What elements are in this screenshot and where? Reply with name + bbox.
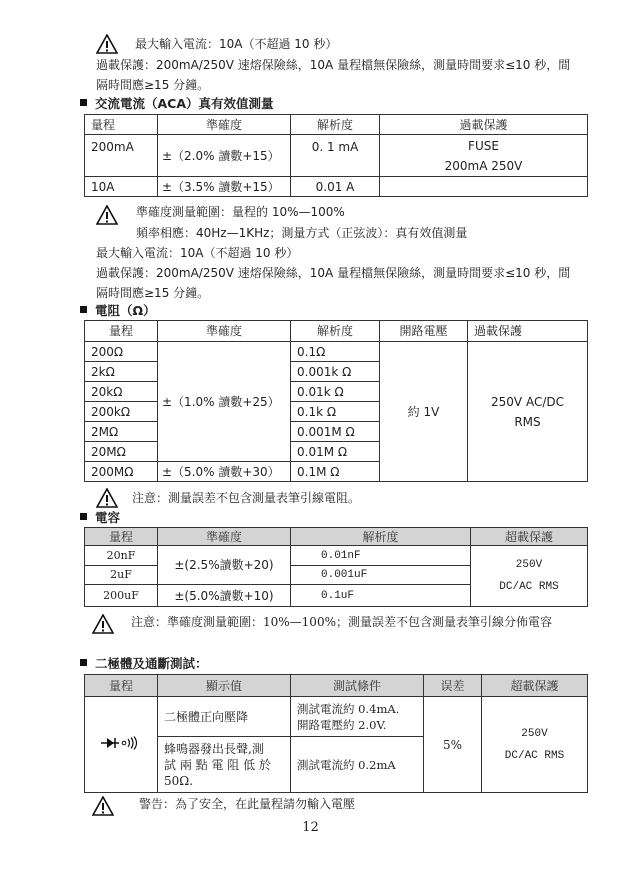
- accuracy-cell: ±（5.0% 讀數+30）: [158, 462, 291, 482]
- range-cell: 20nF: [85, 546, 158, 566]
- header-protection: 過載保護: [468, 321, 588, 342]
- resistance-note: 注意：測量誤差不包含測量表筆引線電阻。: [132, 490, 360, 506]
- resolution-cell: 0.001uF: [291, 566, 471, 585]
- protection-cell: 250V AC/DCRMS: [468, 342, 588, 482]
- protection-cell: FUSE200mA 250V: [380, 135, 588, 177]
- section-title-text: 電容: [95, 510, 120, 525]
- resolution-cell: 0.1M Ω: [291, 462, 380, 482]
- range-cell: 200MΩ: [85, 462, 158, 482]
- warning-icon: [92, 614, 114, 634]
- display-cell: 蜂鳴器發出長聲,測試 兩 點 電 阻 低 於50Ω.: [158, 737, 291, 793]
- warning-icon: [96, 34, 118, 54]
- table-row: 10A ±（3.5% 讀數+15） 0.01 A: [85, 177, 588, 197]
- aca-overload-note-line2: 隔時間應≥15 分鐘。: [96, 285, 209, 301]
- protection-cell: 250VDC/AC RMS: [482, 697, 588, 793]
- resolution-cell: 0.01 A: [291, 177, 380, 197]
- header-protection: 過載保護: [380, 115, 588, 135]
- aca-table: 量程 準確度 解析度 過載保護 200mA ±（2.0% 讀數+15） 0. 1…: [84, 114, 588, 197]
- section-title-capacitance: 電容: [80, 510, 120, 526]
- diode-warning: 警告：為了安全，在此量程請勿輸入電壓: [139, 796, 355, 812]
- range-cell: 200mA: [85, 135, 158, 177]
- resolution-cell: 0. 1 mA: [291, 135, 380, 177]
- range-cell: 2uF: [85, 566, 158, 585]
- table-header-row: 量程 顯示值 測試條件 误差 超載保護: [85, 675, 588, 697]
- protection-cell: [380, 177, 588, 197]
- protection-line1: FUSE: [386, 138, 581, 154]
- header-protection: 超載保護: [471, 528, 588, 546]
- table-header-row: 量程 準確度 解析度 開路電壓 過載保護: [85, 321, 588, 342]
- resolution-cell: 0.01nF: [291, 546, 471, 566]
- section-title-text: 二極體及通斷測試：: [95, 656, 208, 671]
- accuracy-cell: ±(2.5%讀數+20): [158, 546, 291, 585]
- header-accuracy: 準確度: [158, 115, 291, 135]
- table-row: 20nF ±(2.5%讀數+20) 0.01nF 250VDC/AC RMS: [85, 546, 588, 566]
- range-cell: 200kΩ: [85, 402, 158, 422]
- resistance-table: 量程 準確度 解析度 開路電壓 過載保護 200Ω ±（1.0% 讀數+25） …: [84, 320, 588, 482]
- table-header-row: 量程 準確度 解析度 過載保護: [85, 115, 588, 135]
- section-title-text: 電阻（Ω）: [95, 303, 156, 318]
- header-resolution: 解析度: [291, 115, 380, 135]
- display-cell: 二極體正向壓降: [158, 697, 291, 737]
- protection-line1: 250V AC/DC: [474, 394, 581, 410]
- warning-icon: [96, 205, 118, 225]
- warning-icon: [96, 488, 118, 508]
- aca-frequency-note: 頻率相應：40Hz—1KHz；測量方式（正弦波）：真有效值測量: [136, 225, 467, 241]
- section-title-diode: 二極體及通斷測試：: [80, 656, 208, 672]
- display-line1: 蜂鳴器發出長聲,測: [164, 741, 284, 757]
- header-condition: 測試條件: [291, 675, 424, 697]
- resolution-cell: 0.01k Ω: [291, 382, 380, 402]
- diode-table: 量程 顯示值 測試條件 误差 超載保護 二極體正向壓降 測試電流約 0.4mA.…: [84, 674, 588, 793]
- aca-overload-note-line1: 過載保護：200mA/250V 速熔保險絲，10A 量程檔無保險絲，測量時間要求…: [96, 265, 570, 281]
- range-cell: 200uF: [85, 585, 158, 607]
- warning-icon: [92, 796, 114, 816]
- header-accuracy: 準確度: [158, 528, 291, 546]
- resolution-cell: 0.1uF: [291, 585, 471, 607]
- header-resolution: 解析度: [291, 528, 471, 546]
- resolution-cell: 0.01M Ω: [291, 442, 380, 462]
- range-cell: 20MΩ: [85, 442, 158, 462]
- protection-line2: 200mA 250V: [386, 158, 581, 174]
- bullet-square-icon: [80, 513, 87, 520]
- diode-buzzer-icon: [101, 736, 141, 750]
- section-title-aca: 交流電流（ACA）真有效值測量: [80, 96, 274, 112]
- overload-note-line1: 過載保護：200mA/250V 速熔保險絲，10A 量程檔無保險絲，測量時間要求…: [96, 57, 570, 73]
- header-range: 量程: [85, 115, 158, 135]
- header-open-voltage: 開路電壓: [380, 321, 468, 342]
- condition-line2: 開路電壓約 2.0V.: [297, 717, 417, 733]
- range-cell: [85, 697, 158, 793]
- header-protection: 超載保護: [482, 675, 588, 697]
- max-current-note: 最大輸入電流：10A（不超過 10 秒）: [135, 36, 337, 52]
- accuracy-cell: ±（1.0% 讀數+25）: [158, 342, 291, 462]
- table-row: 200mA ±（2.0% 讀數+15） 0. 1 mA FUSE200mA 25…: [85, 135, 588, 177]
- bullet-square-icon: [80, 306, 87, 313]
- resolution-cell: 0.1Ω: [291, 342, 380, 362]
- condition-line1: 測試電流約 0.4mA.: [297, 701, 417, 717]
- protection-cell: 250VDC/AC RMS: [471, 546, 588, 607]
- condition-cell: 測試電流約 0.4mA.開路電壓約 2.0V.: [291, 697, 424, 737]
- header-display: 顯示值: [158, 675, 291, 697]
- range-cell: 2kΩ: [85, 362, 158, 382]
- accuracy-cell: ±（3.5% 讀數+15）: [158, 177, 291, 197]
- error-cell: 5%: [424, 697, 482, 793]
- protection-line1: 250V: [488, 726, 581, 742]
- table-row: 二極體正向壓降 測試電流約 0.4mA.開路電壓約 2.0V. 5% 250VD…: [85, 697, 588, 737]
- accuracy-cell: ±（2.0% 讀數+15）: [158, 135, 291, 177]
- open-voltage-cell: 約 1V: [380, 342, 468, 482]
- header-accuracy: 準確度: [158, 321, 291, 342]
- protection-line2: DC/AC RMS: [488, 748, 581, 764]
- header-range: 量程: [85, 675, 158, 697]
- aca-accuracy-range-note: 準確度測量範圍：量程的 10%—100%: [136, 204, 345, 220]
- range-cell: 20kΩ: [85, 382, 158, 402]
- section-title-text: 交流電流（ACA）真有效值測量: [95, 96, 274, 111]
- range-cell: 200Ω: [85, 342, 158, 362]
- resolution-cell: 0.1k Ω: [291, 402, 380, 422]
- range-cell: 2MΩ: [85, 422, 158, 442]
- page-number: 12: [0, 820, 621, 835]
- header-range: 量程: [85, 321, 158, 342]
- header-error: 误差: [424, 675, 482, 697]
- table-header-row: 量程 準確度 解析度 超載保護: [85, 528, 588, 546]
- protection-line1: 250V: [477, 557, 581, 573]
- resolution-cell: 0.001k Ω: [291, 362, 380, 382]
- capacitance-table: 量程 準確度 解析度 超載保護 20nF ±(2.5%讀數+20) 0.01nF…: [84, 527, 588, 607]
- bullet-square-icon: [80, 659, 87, 666]
- display-line3: 50Ω.: [164, 773, 284, 789]
- header-range: 量程: [85, 528, 158, 546]
- section-title-resistance: 電阻（Ω）: [80, 303, 156, 319]
- accuracy-cell: ±(5.0%讀數+10): [158, 585, 291, 607]
- protection-line2: DC/AC RMS: [477, 579, 581, 595]
- table-row: 200Ω ±（1.0% 讀數+25） 0.1Ω 約 1V 250V AC/DCR…: [85, 342, 588, 362]
- bullet-square-icon: [80, 99, 87, 106]
- display-line2: 試 兩 點 電 阻 低 於: [164, 757, 284, 773]
- range-cell: 10A: [85, 177, 158, 197]
- overload-note-line2: 隔時間應≥15 分鐘。: [96, 77, 209, 93]
- protection-line2: RMS: [474, 414, 581, 430]
- header-resolution: 解析度: [291, 321, 380, 342]
- capacitance-note: 注意：準確度測量範圍：10%—100%；測量誤差不包含測量表筆引線分佈電容: [131, 614, 552, 630]
- condition-cell: 測試電流約 0.2mA: [291, 737, 424, 793]
- aca-max-current-note: 最大輸入電流：10A（不超過 10 秒）: [96, 245, 298, 261]
- resolution-cell: 0.001M Ω: [291, 422, 380, 442]
